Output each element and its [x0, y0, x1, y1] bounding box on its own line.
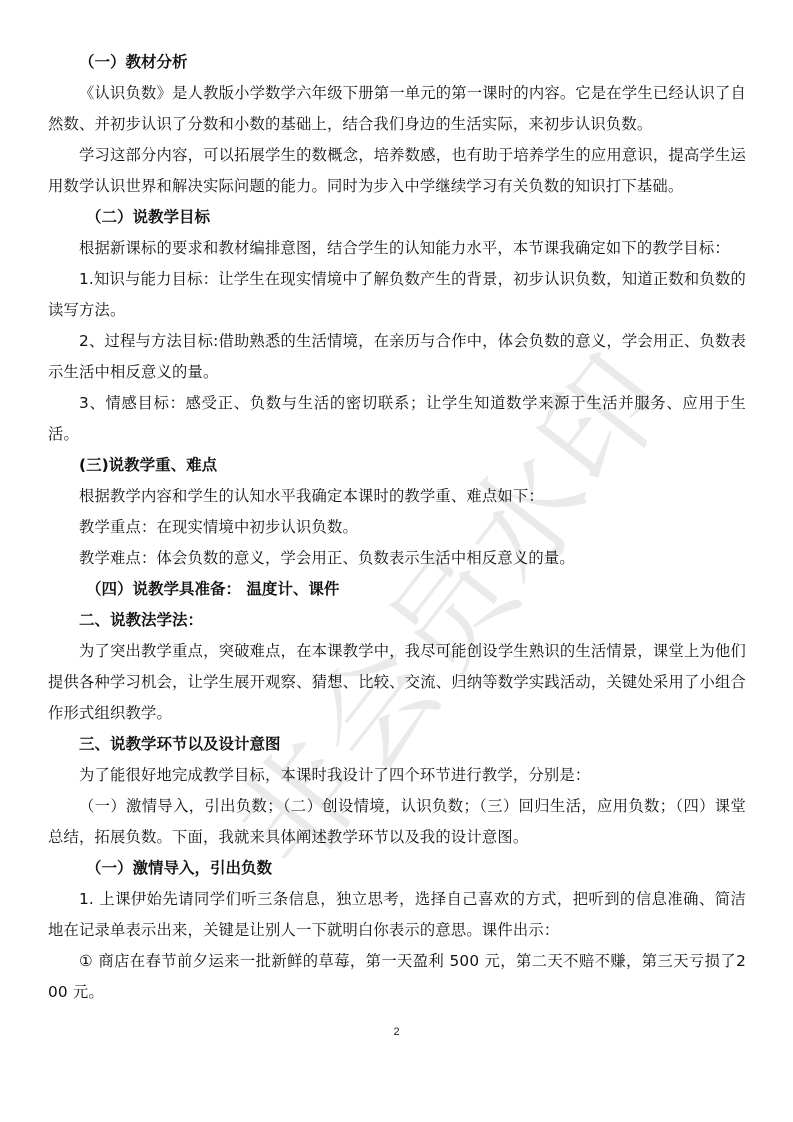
paragraph: （一）激情导入，引出负数；（二）创设情境，认识负数；（三）回归生活，应用负数；（…: [48, 791, 746, 853]
section-heading-key-points: (三)说教学重、难点: [48, 450, 746, 481]
paragraph: 1. 上课伊始先请同学们听三条信息，独立思考，选择自己喜欢的方式，把听到的信息准…: [48, 884, 746, 946]
paragraph: 3、情感目标：感受正、负数与生活的密切联系；让学生知道数学来源于生活并服务、应用…: [48, 388, 746, 450]
paragraph: 根据新课标的要求和教材编排意图，结合学生的认知能力水平，本节课我确定如下的教学目…: [48, 233, 746, 264]
section-heading-teaching-process: 三、说教学环节以及设计意图: [48, 729, 746, 760]
page-number: 2: [0, 1026, 793, 1038]
paragraph: 教学难点：体会负数的意义，学会用正、负数表示生活中相反意义的量。: [48, 543, 746, 574]
paragraph: 学习这部分内容，可以拓展学生的数概念，培养数感，也有助于培养学生的应用意识，提高…: [48, 140, 746, 202]
paragraph: 为了能很好地完成教学目标，本课时我设计了四个环节进行教学，分别是：: [48, 760, 746, 791]
paragraph: 1.知识与能力目标：让学生在现实情境中了解负数产生的背景，初步认识负数，知道正数…: [48, 264, 746, 326]
paragraph: 教学重点：在现实情境中初步认识负数。: [48, 512, 746, 543]
paragraph: 2、过程与方法目标:借助熟悉的生活情境，在亲历与合作中，体会负数的意义，学会用正…: [48, 326, 746, 388]
section-heading-teaching-methods: 二、说教法学法：: [48, 605, 746, 636]
paragraph: 为了突出教学重点，突破难点，在本课教学中，我尽可能创设学生熟识的生活情景，课堂上…: [48, 636, 746, 729]
paragraph: 《认识负数》是人教版小学数学六年级下册第一单元的第一课时的内容。它是在学生已经认…: [48, 78, 746, 140]
paragraph: ① 商店在春节前夕运来一批新鲜的草莓，第一天盈利 500 元，第二天不赔不赚，第…: [48, 946, 746, 1008]
paragraph: 根据教学内容和学生的认知水平我确定本课时的教学重、难点如下：: [48, 481, 746, 512]
section-heading-introduction: （一）激情导入，引出负数: [48, 853, 746, 884]
document-page: （一）教材分析 《认识负数》是人教版小学数学六年级下册第一单元的第一课时的内容。…: [48, 47, 746, 1008]
section-heading-teaching-aids: （四）说教学具准备： 温度计、课件: [48, 574, 746, 605]
section-heading-teaching-goals: （二）说教学目标: [48, 202, 746, 233]
section-heading-textbook-analysis: （一）教材分析: [48, 47, 746, 78]
